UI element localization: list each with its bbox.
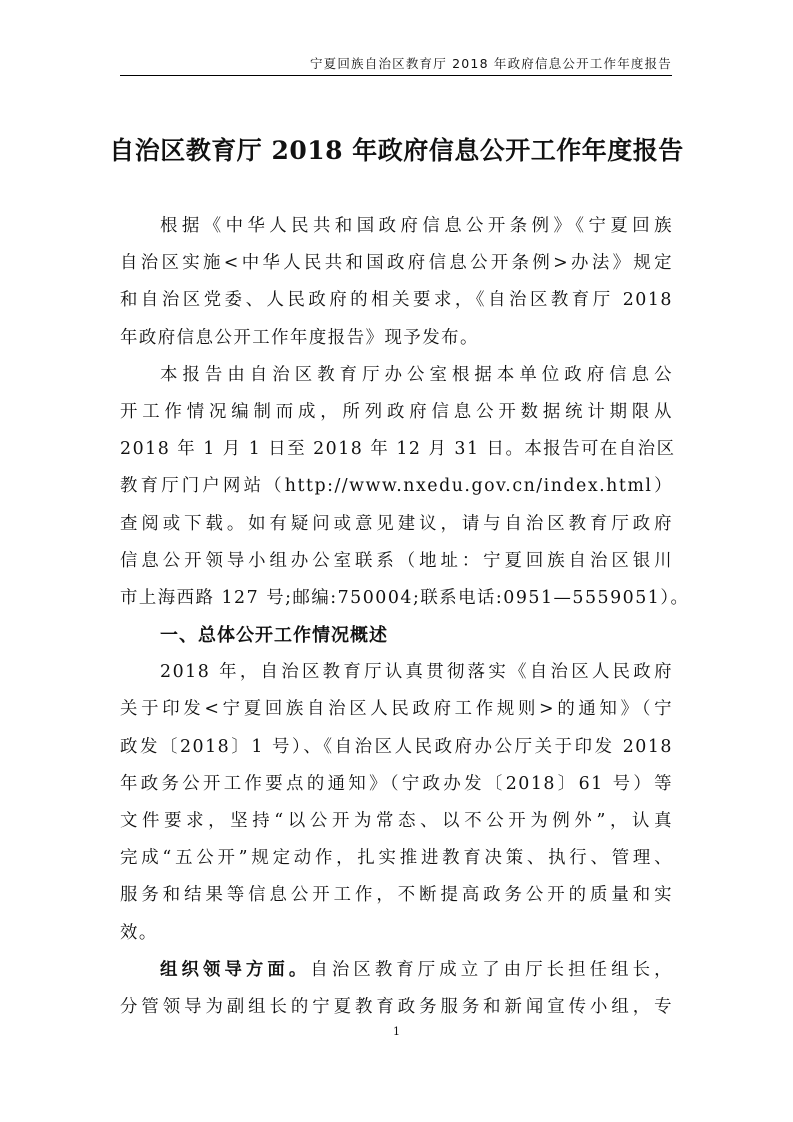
page-number: 1 [0,1025,793,1038]
paragraph-intro-line: 自治区实施<中华人民共和国政府信息公开条例>办法》规定 [120,245,673,282]
paragraph-scope-line: 信息公开领导小组办公室联系（地址：宁夏回族自治区银川 [120,543,673,580]
running-header: 宁夏回族自治区教育厅 2018 年政府信息公开工作年度报告 [120,50,672,76]
paragraph-organization-text: 自治区教育厅成立了由厅长担任组长， [310,960,673,980]
paragraph-scope-line-url: 教育厅门户网站（http://www.nxedu.gov.cn/index.ht… [120,468,673,505]
document-title: 自治区教育厅 2018 年政府信息公开工作年度报告 [0,131,793,167]
paragraph-overview-line: 文件要求，坚持“以公开为常态、以不公开为例外”，认真 [120,803,673,840]
bold-lead-organization: 组织领导方面。 [160,960,310,980]
paragraph-scope-line: 开工作情况编制而成，所列政府信息公开数据统计期限从 [120,394,673,431]
paragraph-organization-line: 分管领导为副组长的宁夏教育政务服务和新闻宣传小组，专 [120,989,673,1026]
paragraph-scope-line: 2018 年 1 月 1 日至 2018 年 12 月 31 日。本报告可在自治… [120,431,673,468]
document-body: 根据《中华人民共和国政府信息公开条例》《宁夏回族 自治区实施<中华人民共和国政府… [120,208,673,1026]
paragraph-overview-line: 效。 [120,915,673,952]
paragraph-scope-line-contact: 市上海西路 127 号;邮编:750004;联系电话:0951—5559051）… [120,580,673,617]
paragraph-intro-line: 和自治区党委、人民政府的相关要求，《自治区教育厅 2018 [120,282,673,319]
paragraph-overview-line: 年政务公开工作要点的通知》（宁政办发〔2018〕61 号）等 [120,766,673,803]
paragraph-overview-line: 政发〔2018〕1 号）、《自治区人民政府办公厅关于印发 2018 [120,729,673,766]
running-header-title: 宁夏回族自治区教育厅 2018 年政府信息公开工作年度报告 [310,54,672,72]
paragraph-intro-line: 根据《中华人民共和国政府信息公开条例》《宁夏回族 [120,208,673,245]
paragraph-organization-line: 组织领导方面。自治区教育厅成立了由厅长担任组长， [120,952,673,989]
paragraph-scope-line: 查阅或下载。如有疑问或意见建议，请与自治区教育厅政府 [120,506,673,543]
paragraph-scope-line: 本报告由自治区教育厅办公室根据本单位政府信息公 [120,357,673,394]
paragraph-intro-line: 年政府信息公开工作年度报告》现予发布。 [120,320,673,357]
paragraph-overview-line: 关于印发<宁夏回族自治区人民政府工作规则>的通知》（宁 [120,691,673,728]
paragraph-overview-line: 完成“五公开”规定动作，扎实推进教育决策、执行、管理、 [120,840,673,877]
section-heading-overview: 一、总体公开工作情况概述 [120,617,673,654]
paragraph-overview-line: 服务和结果等信息公开工作，不断提高政务公开的质量和实 [120,877,673,914]
paragraph-overview-line: 2018 年，自治区教育厅认真贯彻落实《自治区人民政府 [120,654,673,691]
